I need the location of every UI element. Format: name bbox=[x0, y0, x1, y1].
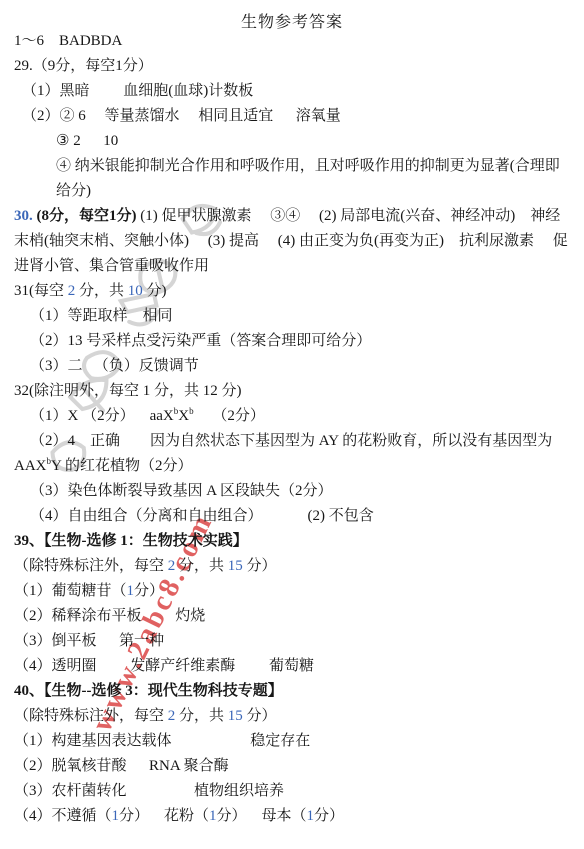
text-segment: ③ 2 10 bbox=[56, 133, 118, 149]
text-line: （除特殊标注外，每空 2 分，共 15 分） bbox=[14, 554, 574, 579]
text-line: （2）② 6 等量蒸馏水 相同且适宜 溶氧量 bbox=[14, 104, 574, 129]
text-segment: 1 bbox=[209, 808, 217, 824]
text-line: 30. (8分，每空1分) (1) 促甲状腺激素 ③④ (2) 局部电流(兴奋、… bbox=[14, 204, 574, 279]
document-body: 1～6 BADBDA29.（9分，每空1分）（1）黑暗 血细胞(血球)计数板（2… bbox=[14, 29, 574, 829]
text-segment: 分） bbox=[134, 583, 164, 599]
text-segment: （4）不遵循（ bbox=[14, 808, 112, 824]
text-line: （2）稀释涂布平板 灼烧 bbox=[14, 604, 574, 629]
text-line: （2）13 号采样点受污染严重（答案合理即可给分） bbox=[14, 329, 574, 354]
answer-sheet-page: { "page": { "title": "生物参考答案" }, "waterm… bbox=[0, 0, 584, 849]
text-segment: （除特殊标注外，每空 bbox=[14, 708, 168, 724]
text-segment: （2）13 号采样点受污染严重（答案合理即可给分） bbox=[30, 333, 371, 349]
text-segment: （3）二 （负）反馈调节 bbox=[30, 358, 199, 374]
text-line: 39、【生物-选修 1：生物技术实践】 bbox=[14, 529, 574, 554]
text-segment: （4）透明圈 发酵产纤维素酶 葡萄糖 bbox=[14, 658, 314, 674]
text-line: （4）透明圈 发酵产纤维素酶 葡萄糖 bbox=[14, 654, 574, 679]
text-segment: 39、【生物-选修 1：生物技术实践】 bbox=[14, 533, 248, 549]
text-segment: （2）② 6 等量蒸馏水 相同且适宜 溶氧量 bbox=[22, 108, 341, 124]
text-line: 32(除注明外，每空 1 分，共 12 分) bbox=[14, 379, 574, 404]
text-segment: （1）葡萄糖苷（ bbox=[14, 583, 127, 599]
text-segment: 分） 母本（ bbox=[217, 808, 307, 824]
text-line: 31(每空 2 分，共 10 分) bbox=[14, 279, 574, 304]
text-segment: （3）农杆菌转化 植物组织培养 bbox=[14, 783, 284, 799]
text-segment: 10 bbox=[128, 283, 143, 299]
text-segment: （1）黑暗 血细胞(血球)计数板 bbox=[22, 83, 253, 99]
text-line: （2）4 正确 因为自然状态下基因型为 AY 的花粉败育，所以没有基因型为 AA… bbox=[14, 429, 574, 479]
text-segment: 分，共 bbox=[175, 708, 228, 724]
text-line: （1）等距取样 相同 bbox=[14, 304, 574, 329]
text-segment: 30. bbox=[14, 208, 33, 224]
text-line: （1）黑暗 血细胞(血球)计数板 bbox=[14, 79, 574, 104]
text-segment: 1 bbox=[307, 808, 315, 824]
text-line: 29.（9分，每空1分） bbox=[14, 54, 574, 79]
text-line: （2）脱氧核苷酸 RNA 聚合酶 bbox=[14, 754, 574, 779]
text-segment: 分） bbox=[314, 808, 344, 824]
text-segment: 分，共 bbox=[75, 283, 128, 299]
text-segment: （2分） bbox=[194, 408, 265, 424]
text-line: （3）二 （负）反馈调节 bbox=[14, 354, 574, 379]
text-line: ③ 2 10 bbox=[14, 129, 574, 154]
text-line: （4）自由组合（分离和自由组合） (2) 不包含 bbox=[14, 504, 574, 529]
text-segment: 1～6 BADBDA bbox=[14, 33, 122, 49]
text-segment: X bbox=[178, 408, 189, 424]
text-segment: 32(除注明外，每空 1 分，共 12 分) bbox=[14, 383, 242, 399]
text-segment: 分） bbox=[243, 558, 277, 574]
text-line: （1）X （2分） aaXbXb （2分） bbox=[14, 404, 574, 429]
text-line: （4）不遵循（1分） 花粉（1分） 母本（1分） bbox=[14, 804, 574, 829]
text-segment: （3）染色体断裂导致基因 A 区段缺失（2分） bbox=[30, 483, 333, 499]
text-line: （除特殊标注外，每空 2 分，共 15 分） bbox=[14, 704, 574, 729]
text-segment: 分） 花粉（ bbox=[119, 808, 209, 824]
page-title: 生物参考答案 bbox=[0, 0, 584, 32]
text-line: （3）农杆菌转化 植物组织培养 bbox=[14, 779, 574, 804]
text-segment: （3）倒平板 第一种 bbox=[14, 633, 164, 649]
text-segment: （2）脱氧核苷酸 RNA 聚合酶 bbox=[14, 758, 229, 774]
text-segment: （4）自由组合（分离和自由组合） (2) 不包含 bbox=[30, 508, 374, 524]
text-line: 40、【生物--选修 3：现代生物科技专题】 bbox=[14, 679, 574, 704]
text-line: （3）染色体断裂导致基因 A 区段缺失（2分） bbox=[14, 479, 574, 504]
text-segment: （2）稀释涂布平板 灼烧 bbox=[14, 608, 205, 624]
text-segment: 31(每空 bbox=[14, 283, 68, 299]
text-segment: 15 bbox=[228, 708, 243, 724]
text-segment: （1）等距取样 相同 bbox=[30, 308, 173, 324]
text-segment: 40、【生物--选修 3：现代生物科技专题】 bbox=[14, 683, 283, 699]
text-segment: （1）构建基因表达载体 稳定存在 bbox=[14, 733, 310, 749]
text-line: 1～6 BADBDA bbox=[14, 29, 574, 54]
text-segment: Y 的红花植物（2分） bbox=[51, 458, 193, 474]
text-segment: 1 bbox=[112, 808, 120, 824]
text-segment: 29.（9分，每空1分） bbox=[14, 58, 153, 74]
text-line: （1）葡萄糖苷（1分） bbox=[14, 579, 574, 604]
text-segment: （1）X （2分） aaX bbox=[30, 408, 174, 424]
text-segment: ④ 纳米银能抑制光合作用和呼吸作用，且对呼吸作用的抑制更为显著(合理即给分) bbox=[56, 158, 560, 199]
text-segment: 分) bbox=[143, 283, 167, 299]
text-line: ④ 纳米银能抑制光合作用和呼吸作用，且对呼吸作用的抑制更为显著(合理即给分) bbox=[14, 154, 574, 204]
text-segment: (8分，每空1分) bbox=[33, 208, 141, 224]
text-segment: （除特殊标注外，每空 bbox=[14, 558, 168, 574]
text-segment: 15 bbox=[228, 558, 243, 574]
text-segment: 1 bbox=[127, 583, 135, 599]
text-segment: 分） bbox=[243, 708, 277, 724]
text-segment: 分，共 bbox=[175, 558, 228, 574]
text-line: （1）构建基因表达载体 稳定存在 bbox=[14, 729, 574, 754]
text-line: （3）倒平板 第一种 bbox=[14, 629, 574, 654]
